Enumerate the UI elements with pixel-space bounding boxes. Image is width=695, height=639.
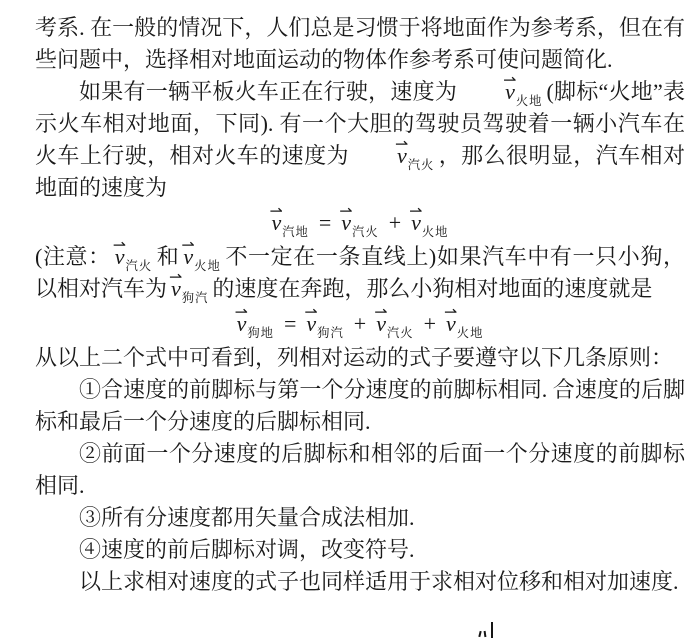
- text-run: 和: [156, 244, 179, 269]
- vector-arrow-icon: ⇀: [235, 304, 248, 320]
- vector-symbol: ⇀v汽地: [271, 212, 308, 238]
- text-run: ②前面一个分速度的后脚标和相邻的后面一个分速度的前脚标相同.: [35, 441, 685, 498]
- paragraph: ②前面一个分速度的后脚标和相邻的后面一个分速度的前脚标相同.: [35, 438, 685, 502]
- text-run: ①合速度的前脚标与第一个分速度的前脚标相同. 合速度的后脚标和最后一个分速度的后…: [35, 377, 685, 434]
- vector-symbol: ⇀v狗地: [237, 313, 274, 339]
- vector-subscript: 汽火: [387, 326, 414, 340]
- vector-subscript: 汽地: [282, 225, 309, 239]
- vector-arrow-icon: ⇀: [169, 269, 182, 285]
- paragraph: 如果有一辆平板火车正在行驶，速度为⇀v火地(脚标“火地”表示火车相对地面，下同)…: [35, 76, 685, 204]
- paragraph: ③所有分速度都用矢量合成法相加.: [35, 502, 685, 534]
- text-run: 从以上二个式中可看到，列相对运动的式子要遵守以下几条原则：: [35, 345, 673, 370]
- paragraph: 从以上二个式中可看到，列相对运动的式子要遵守以下几条原则：: [35, 342, 685, 374]
- vector-arrow-icon: ⇀: [181, 237, 194, 253]
- document-body: 考系. 在一般的情况下，人们总是习惯于将地面作为参考系，但在有些问题中，选择相对…: [35, 12, 685, 598]
- vector-subscript: 汽火: [126, 259, 153, 273]
- vector-subscript: 汽火: [352, 225, 379, 239]
- vector-subscript: 汽火: [408, 158, 435, 172]
- text-run: (注意：: [35, 244, 111, 269]
- vector-arrow-icon: ⇀: [113, 237, 126, 253]
- vector-subscript: 火地: [516, 94, 543, 108]
- vector-symbol: ⇀v火地: [411, 212, 448, 238]
- paragraph: ④速度的前后脚标对调，改变符号.: [35, 534, 685, 566]
- text-run: 的速度在奔跑，那么小狗相对地面的速度就是: [212, 276, 652, 301]
- vector-subscript: 狗地: [247, 326, 274, 340]
- text-run: 以上求相对速度的式子也同样适用于求相对位移和相对加速度.: [79, 569, 679, 594]
- paragraph: 以上求相对速度的式子也同样适用于求相对位移和相对加速度.: [35, 566, 685, 598]
- vector-subscript: 火地: [422, 225, 449, 239]
- vector-arrow-icon: ⇀: [374, 304, 387, 320]
- vector-symbol: ⇀v火地: [461, 81, 542, 107]
- vector-arrow-icon: ⇀: [304, 304, 317, 320]
- text-run: 考系. 在一般的情况下，人们总是习惯于将地面作为参考系，但在有些问题中，选择相对…: [35, 15, 685, 72]
- cut-off-print-artifact: [479, 621, 505, 639]
- paragraph: (注意：⇀v汽火和⇀v火地不一定在一条直线上)如果汽车中有一只小狗，以相对汽车为…: [35, 241, 685, 305]
- math-operator: +: [418, 311, 442, 336]
- vector-symbol: ⇀v狗汽: [306, 313, 343, 339]
- vector-subscript: 狗汽: [317, 326, 344, 340]
- equation: ⇀v狗地=⇀v狗汽+⇀v汽火+⇀v火地: [35, 305, 685, 342]
- math-operator: =: [313, 210, 337, 235]
- math-operator: +: [383, 210, 407, 235]
- text-run: 如果有一辆平板火车正在行驶，速度为: [79, 79, 457, 104]
- vector-symbol: ⇀v汽火: [115, 246, 152, 272]
- vector-arrow-icon: ⇀: [339, 203, 352, 219]
- vector-symbol: ⇀v汽火: [353, 145, 434, 171]
- text-run: ④速度的前后脚标对调，改变符号.: [79, 537, 415, 562]
- vector-symbol: ⇀v汽火: [376, 313, 413, 339]
- vector-symbol: ⇀v汽火: [341, 212, 378, 238]
- textbook-page: 考系. 在一般的情况下，人们总是习惯于将地面作为参考系，但在有些问题中，选择相对…: [0, 0, 695, 639]
- equation: ⇀v汽地=⇀v汽火+⇀v火地: [35, 204, 685, 241]
- vector-arrow-icon: ⇀: [409, 203, 422, 219]
- vector-symbol: ⇀v火地: [183, 246, 220, 272]
- paragraph: 考系. 在一般的情况下，人们总是习惯于将地面作为参考系，但在有些问题中，选择相对…: [35, 12, 685, 76]
- vector-arrow-icon: ⇀: [459, 72, 516, 88]
- vector-subscript: 狗汽: [182, 291, 209, 305]
- vector-arrow-icon: ⇀: [351, 136, 408, 152]
- math-operator: +: [348, 311, 372, 336]
- math-operator: =: [278, 311, 302, 336]
- vector-arrow-icon: ⇀: [269, 203, 282, 219]
- vector-arrow-icon: ⇀: [444, 304, 457, 320]
- paragraph: ①合速度的前脚标与第一个分速度的前脚标相同. 合速度的后脚标和最后一个分速度的后…: [35, 374, 685, 438]
- vector-subscript: 火地: [457, 326, 484, 340]
- text-run: ③所有分速度都用矢量合成法相加.: [79, 505, 415, 530]
- vector-symbol: ⇀v狗汽: [171, 278, 208, 304]
- vector-subscript: 火地: [194, 259, 221, 273]
- vector-symbol: ⇀v火地: [446, 313, 483, 339]
